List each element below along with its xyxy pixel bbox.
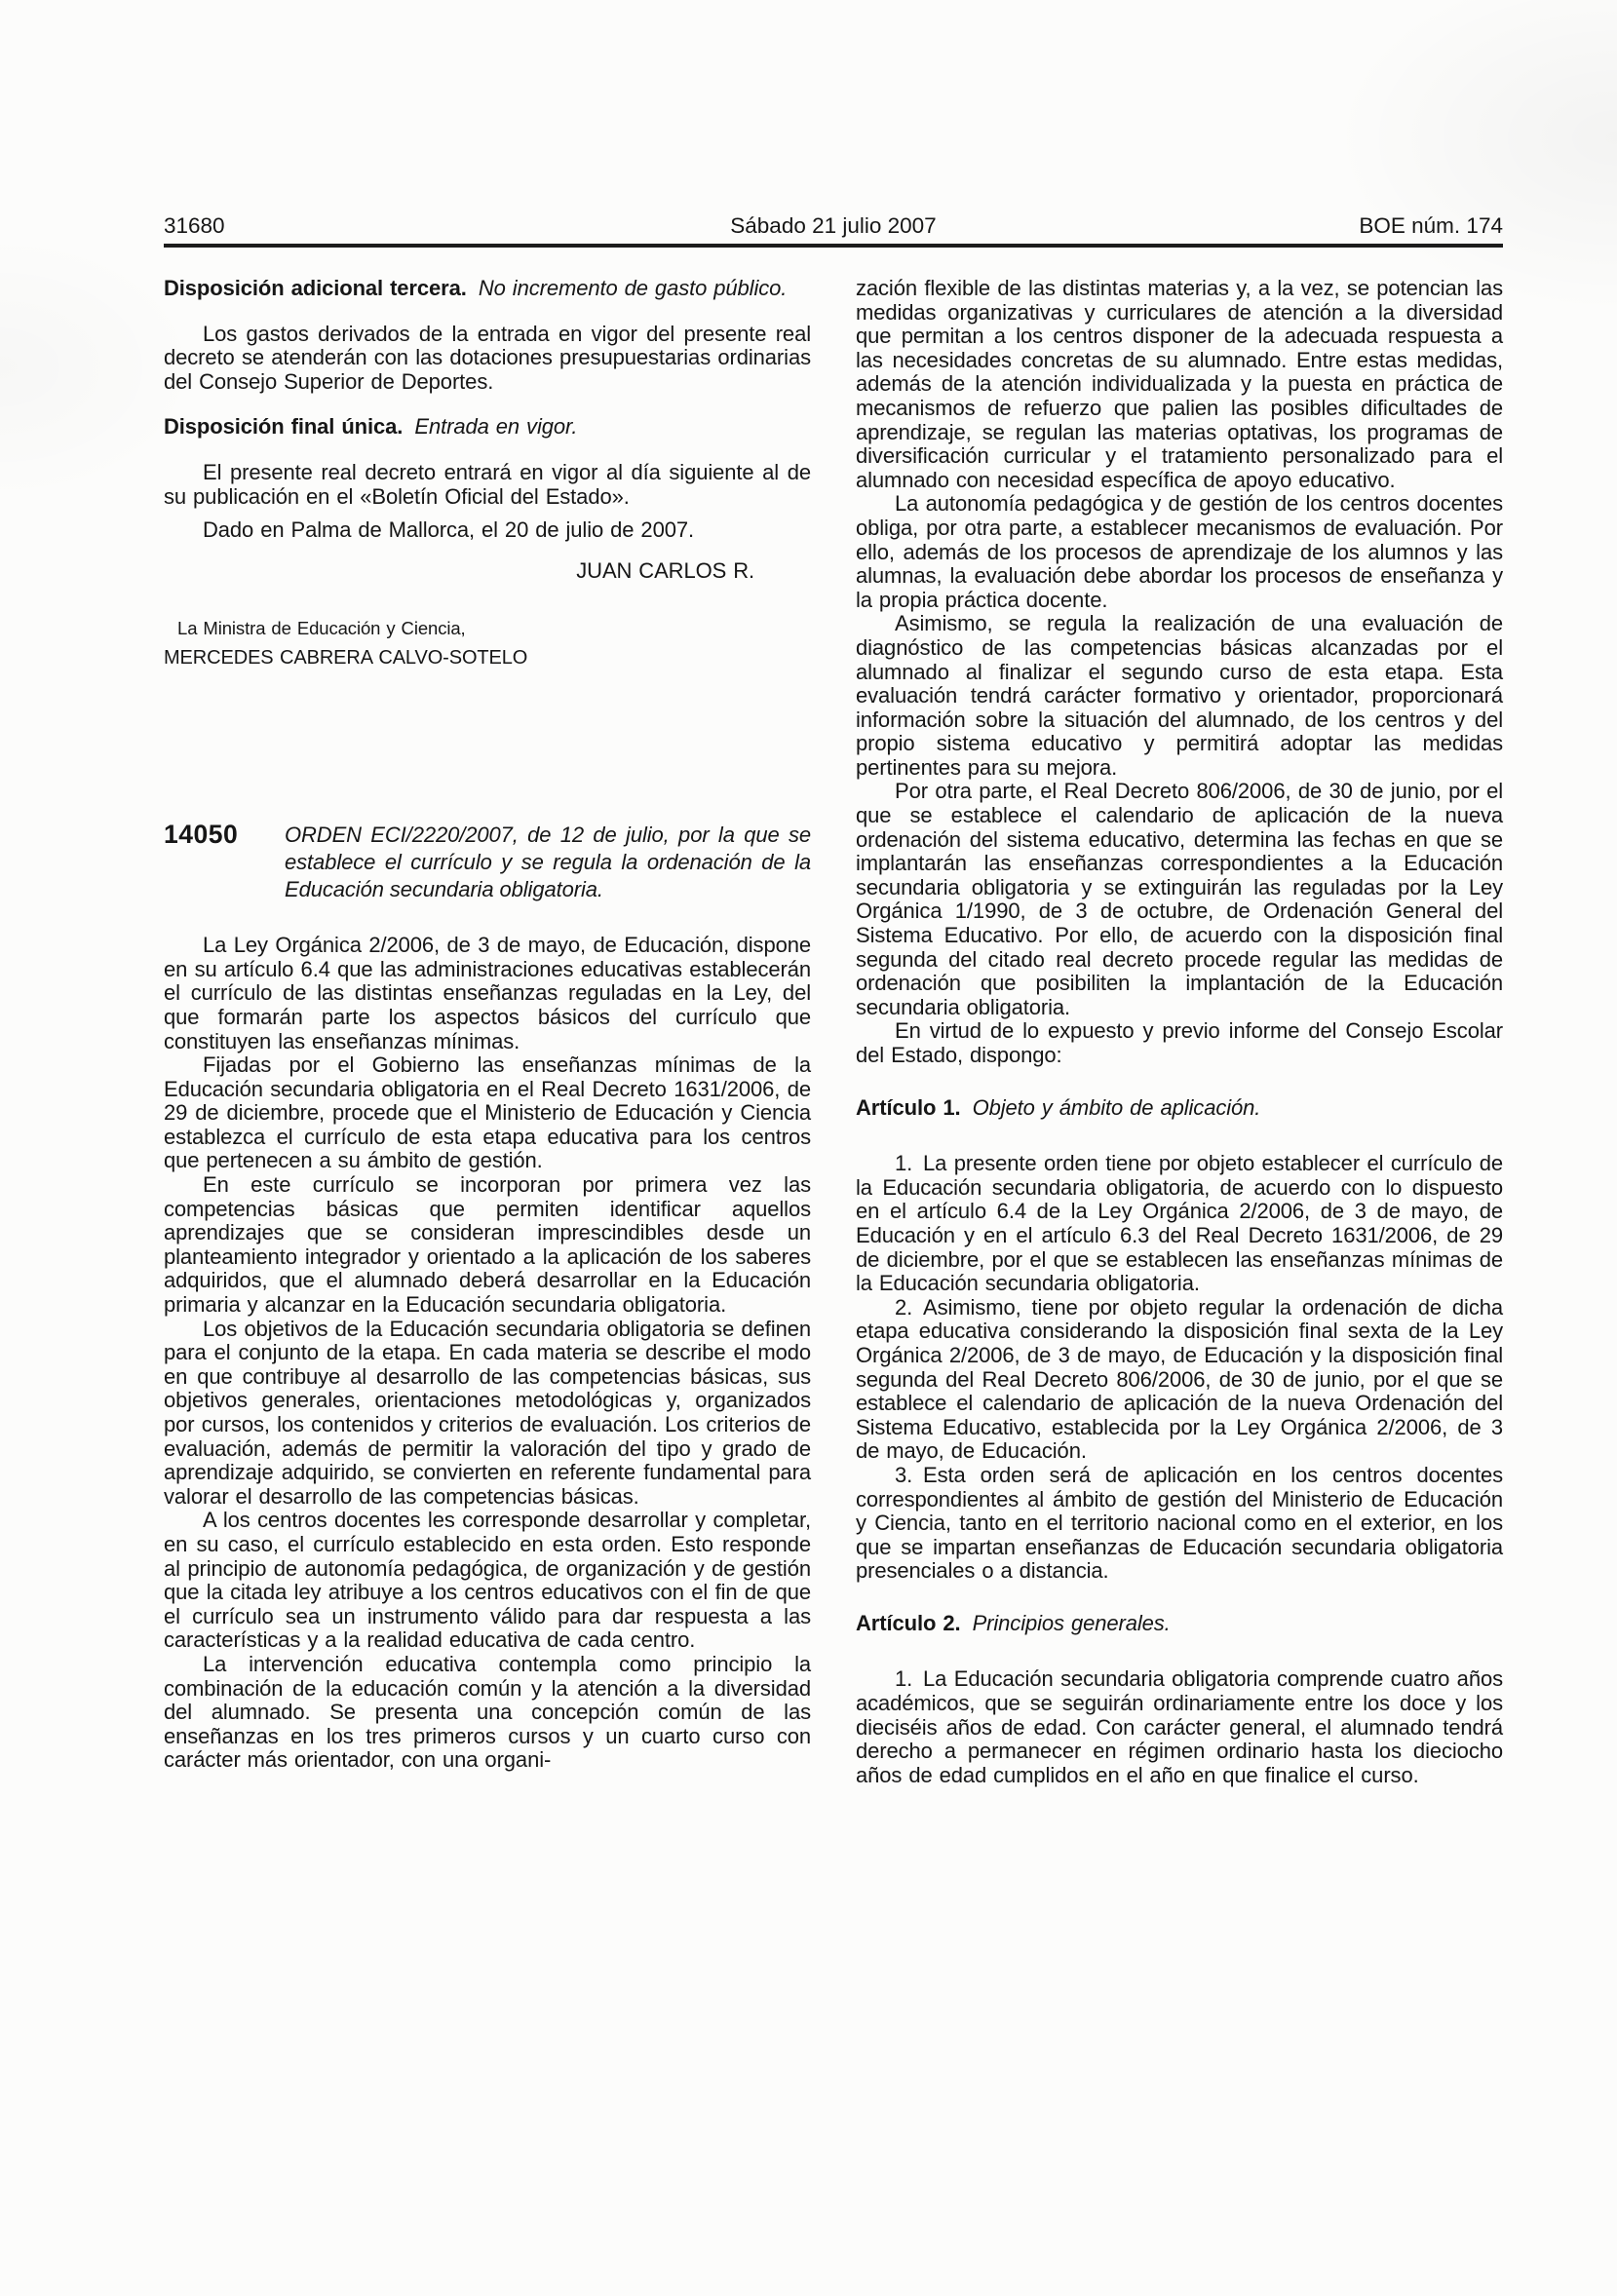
heading-disposicion-adicional: Disposición adicional tercera.No increme… bbox=[164, 277, 811, 301]
header-date: Sábado 21 julio 2007 bbox=[539, 213, 1129, 239]
right-column: zación flexible de las distintas materia… bbox=[856, 277, 1503, 1787]
order-title: ORDEN ECI/2220/2007, de 12 de julio, por… bbox=[285, 822, 811, 902]
paragraph: La Ley Orgánica 2/2006, de 3 de mayo, de… bbox=[164, 934, 811, 1053]
order-number: 14050 bbox=[164, 822, 285, 902]
paragraph-numbered: 1. La Educación secundaria obligatoria c… bbox=[856, 1667, 1503, 1787]
heading-subtitle: Principios generales. bbox=[973, 1611, 1171, 1635]
paragraph: En este currículo se incorporan por prim… bbox=[164, 1173, 811, 1318]
paragraph-entrada-vigor: El presente real decreto entrará en vigo… bbox=[164, 461, 811, 509]
heading-label: Artículo 2. bbox=[856, 1611, 960, 1635]
paragraph-numbered: 1. La presente orden tiene por objeto es… bbox=[856, 1152, 1503, 1296]
left-column: Disposición adicional tercera.No increme… bbox=[164, 277, 811, 1787]
paragraph: Los objetivos de la Educación secundaria… bbox=[164, 1318, 811, 1510]
signature-king: JUAN CARLOS R. bbox=[164, 559, 811, 584]
heading-articulo-2: Artículo 2.Principios generales. bbox=[856, 1612, 1503, 1636]
heading-subtitle: Entrada en vigor. bbox=[414, 414, 577, 439]
paragraph-dado: Dado en Palma de Mallorca, el 20 de juli… bbox=[164, 518, 811, 543]
heading-subtitle: No incremento de gasto público. bbox=[479, 276, 787, 300]
gazette-page: 31680 Sábado 21 julio 2007 BOE núm. 174 … bbox=[0, 0, 1617, 2296]
heading-subtitle: Objeto y ámbito de aplicación. bbox=[973, 1095, 1261, 1120]
paragraph: Por otra parte, el Real Decreto 806/2006… bbox=[856, 780, 1503, 1019]
paragraph-gastos: Los gastos derivados de la entrada en vi… bbox=[164, 323, 811, 395]
signature-minister-role: La Ministra de Educación y Ciencia, bbox=[164, 618, 811, 639]
signature-minister-name: MERCEDES CABRERA CALVO-SOTELO bbox=[164, 646, 811, 670]
header-issue: BOE núm. 174 bbox=[1128, 213, 1503, 239]
paragraph-numbered: 3. Esta orden será de aplicación en los … bbox=[856, 1464, 1503, 1584]
paragraph-continuation: zación flexible de las distintas materia… bbox=[856, 277, 1503, 492]
two-column-body: Disposición adicional tercera.No increme… bbox=[164, 277, 1503, 1787]
heading-label: Disposición adicional tercera. bbox=[164, 276, 467, 300]
paragraph: Asimismo, se regula la realización de un… bbox=[856, 612, 1503, 780]
heading-label: Artículo 1. bbox=[856, 1095, 960, 1120]
order-entry: 14050 ORDEN ECI/2220/2007, de 12 de juli… bbox=[164, 822, 811, 902]
heading-articulo-1: Artículo 1.Objeto y ámbito de aplicación… bbox=[856, 1096, 1503, 1121]
page-header: 31680 Sábado 21 julio 2007 BOE núm. 174 bbox=[164, 213, 1503, 248]
paragraph: A los centros docentes les corresponde d… bbox=[164, 1509, 811, 1653]
paragraph: La intervención educativa contempla como… bbox=[164, 1653, 811, 1773]
paragraph-numbered: 2. Asimismo, tiene por objeto regular la… bbox=[856, 1296, 1503, 1464]
heading-disposicion-final: Disposición final única.Entrada en vigor… bbox=[164, 415, 811, 440]
page-number: 31680 bbox=[164, 213, 539, 239]
paragraph: La autonomía pedagógica y de gestión de … bbox=[856, 492, 1503, 612]
paragraph-dispongo: En virtud de lo expuesto y previo inform… bbox=[856, 1019, 1503, 1067]
paragraph: Fijadas por el Gobierno las enseñanzas m… bbox=[164, 1053, 811, 1173]
heading-label: Disposición final única. bbox=[164, 414, 403, 439]
